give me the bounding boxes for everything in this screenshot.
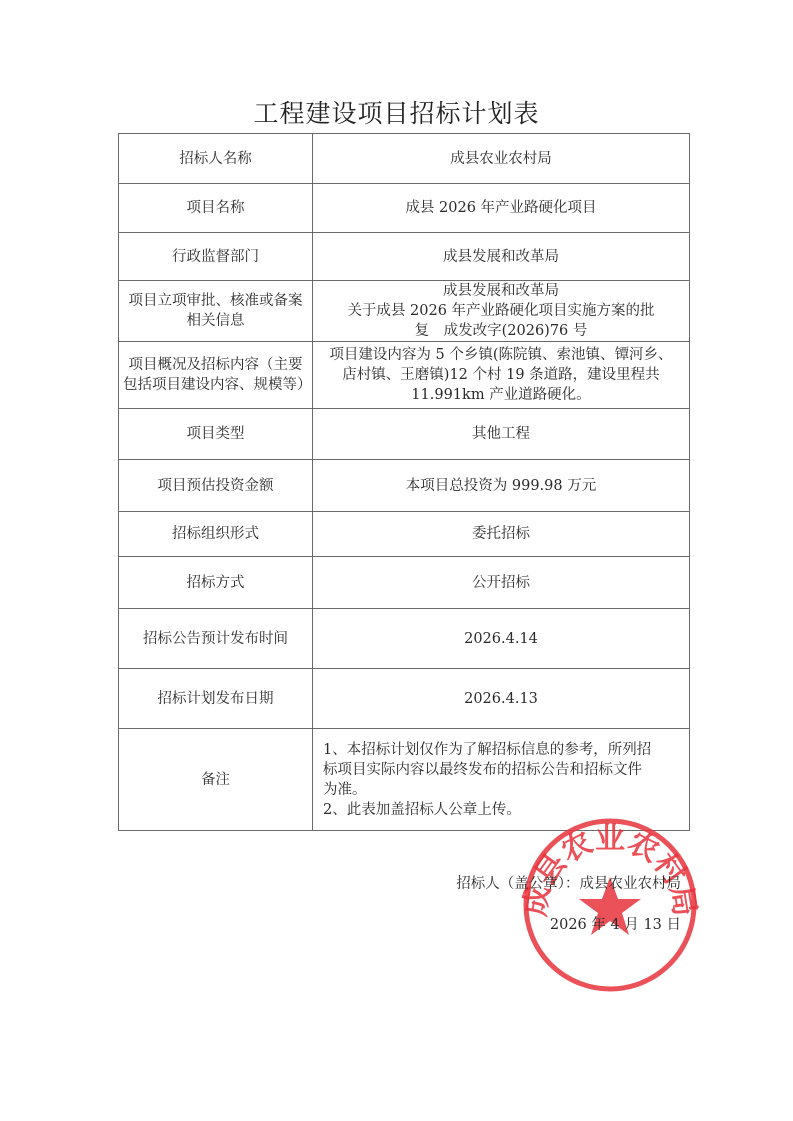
row-label: 招标计划发布日期 (119, 669, 313, 729)
table-row: 项目预估投资金额 本项目总投资为 999.98 万元 (119, 460, 690, 512)
row-label: 项目预估投资金额 (119, 460, 313, 512)
row-label: 项目类型 (119, 409, 313, 460)
value-line: 项目建设内容为 5 个乡镇(陈院镇、索池镇、镡河乡、 (317, 345, 685, 365)
row-label: 项目名称 (119, 184, 313, 233)
table-row: 招标组织形式 委托招标 (119, 512, 690, 557)
signature-date: 2026 年 4 月 13 日 (550, 913, 681, 934)
table-row: 项目概况及招标内容（主要包括项目建设内容、规模等） 项目建设内容为 5 个乡镇(… (119, 342, 690, 409)
table-row: 招标计划发布日期 2026.4.13 (119, 669, 690, 729)
table-row: 招标人名称 成县农业农村局 (119, 134, 690, 184)
document-title: 工程建设项目招标计划表 (0, 94, 793, 130)
table-row: 招标方式 公开招标 (119, 557, 690, 609)
table-row: 项目类型 其他工程 (119, 409, 690, 460)
row-label: 备注 (119, 729, 313, 831)
row-value: 其他工程 (313, 409, 690, 460)
row-value: 成县 2026 年产业路硬化项目 (313, 184, 690, 233)
table-row: 招标公告预计发布时间 2026.4.14 (119, 609, 690, 669)
row-value: 成县农业农村局 (313, 134, 690, 184)
tender-plan-table: 招标人名称 成县农业农村局 项目名称 成县 2026 年产业路硬化项目 行政监督… (118, 133, 690, 831)
row-value: 委托招标 (313, 512, 690, 557)
row-label: 行政监督部门 (119, 233, 313, 281)
official-seal-icon: 成县农业农村局 (520, 815, 700, 995)
row-value: 2026.4.13 (313, 669, 690, 729)
row-label: 招标人名称 (119, 134, 313, 184)
row-value: 2026.4.14 (313, 609, 690, 669)
row-value: 公开招标 (313, 557, 690, 609)
row-value: 成县发展和改革局 关于成县 2026 年产业路硬化项目实施方案的批 复 成发改字… (313, 281, 690, 342)
value-line: 关于成县 2026 年产业路硬化项目实施方案的批 (317, 301, 685, 321)
row-label: 项目概况及招标内容（主要包括项目建设内容、规模等） (119, 342, 313, 409)
row-value: 本项目总投资为 999.98 万元 (313, 460, 690, 512)
value-line: 11.991km 产业道路硬化。 (317, 385, 685, 405)
value-line: 成县发展和改革局 (317, 281, 685, 301)
value-line: 标项目实际内容以最终发布的招标公告和招标文件 (323, 760, 685, 780)
row-label: 招标组织形式 (119, 512, 313, 557)
table-row: 项目立项审批、核准或备案相关信息 成县发展和改革局 关于成县 2026 年产业路… (119, 281, 690, 342)
table-row: 行政监督部门 成县发展和改革局 (119, 233, 690, 281)
row-value: 成县发展和改革局 (313, 233, 690, 281)
row-label: 招标方式 (119, 557, 313, 609)
value-line: 1、本招标计划仅作为了解招标信息的参考，所列招 (323, 740, 685, 760)
row-value: 项目建设内容为 5 个乡镇(陈院镇、索池镇、镡河乡、 店村镇、王磨镇)12 个村… (313, 342, 690, 409)
value-line: 店村镇、王磨镇)12 个村 19 条道路，建设里程共 (317, 365, 685, 385)
row-label: 招标公告预计发布时间 (119, 609, 313, 669)
signature-line: 招标人（盖公章）：成县农业农村局 (456, 872, 681, 893)
row-label: 项目立项审批、核准或备案相关信息 (119, 281, 313, 342)
table-row: 项目名称 成县 2026 年产业路硬化项目 (119, 184, 690, 233)
value-line: 为准。 (323, 780, 685, 800)
value-line: 复 成发改字(2026)76 号 (317, 321, 685, 341)
